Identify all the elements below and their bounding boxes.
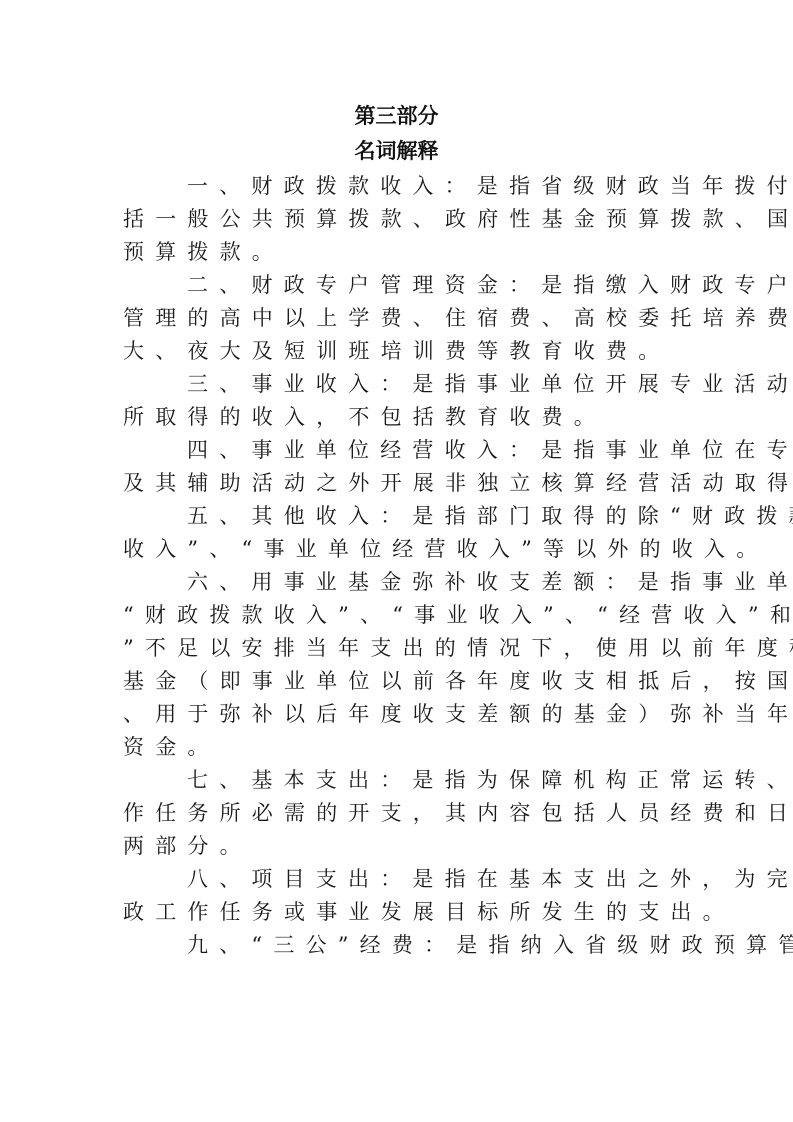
definition-paragraph-8: 八、项目支出：是指在基本支出之外，为完成特定的行 政工作任务或事业发展目标所发生… — [123, 863, 683, 929]
paragraph-line: 八、项目支出：是指在基本支出之外，为完成特定的行 — [123, 863, 683, 896]
paragraph-line: 资金。 — [123, 731, 683, 764]
paragraph-line: 及其辅助活动之外开展非独立核算经营活动取得的收入 — [123, 467, 683, 500]
paragraph-line: 四、事业单位经营收入：是指事业单位在专业业务活动 — [123, 434, 683, 467]
paragraph-line: 管理的高中以上学费、住宿费、高校委托培养费、函大、电 — [123, 302, 683, 335]
paragraph-line: 括一般公共预算拨款、政府性基金预算拨款、国有资本经营 — [123, 203, 683, 236]
paragraph-line: 九、“三公”经费：是指纳入省级财政预算管理，部门 — [123, 929, 683, 962]
section-title: 第三部分 — [0, 102, 793, 130]
paragraph-line: 一、财政拨款收入：是指省级财政当年拨付的资金；包 — [123, 170, 683, 203]
definition-paragraph-7: 七、基本支出：是指为保障机构正常运转、完成日常工 作任务所必需的开支，其内容包括… — [123, 764, 683, 863]
definition-paragraph-5: 五、其他收入：是指部门取得的除“财政拨款”、“事业 收入”、“事业单位经营收入”… — [123, 500, 683, 566]
paragraph-line: 二、财政专户管理资金：是指缴入财政专户、实行专项 — [123, 269, 683, 302]
definitions-body: 一、财政拨款收入：是指省级财政当年拨付的资金；包 括一般公共预算拨款、政府性基金… — [123, 170, 683, 962]
paragraph-line: 政工作任务或事业发展目标所发生的支出。 — [123, 896, 683, 929]
paragraph-line: 基金（即事业单位以前各年度收支相抵后，按国家规定提取 — [123, 665, 683, 698]
paragraph-line: 三、事业收入：是指事业单位开展专业活动及辅助活动 — [123, 368, 683, 401]
definition-paragraph-6: 六、用事业基金弥补收支差额：是指事业单位在当年的 “财政拨款收入”、“事业收入”… — [123, 566, 683, 764]
definition-paragraph-2: 二、财政专户管理资金：是指缴入财政专户、实行专项 管理的高中以上学费、住宿费、高… — [123, 269, 683, 368]
paragraph-line: 预算拨款。 — [123, 236, 683, 269]
paragraph-line: “财政拨款收入”、“事业收入”、“经营收入”和“其他收入 — [123, 599, 683, 632]
paragraph-line: 作任务所必需的开支，其内容包括人员经费和日常公用经费 — [123, 797, 683, 830]
document-page: 第三部分 名词解释 一、财政拨款收入：是指省级财政当年拨付的资金；包 括一般公共… — [0, 0, 793, 1122]
paragraph-line: 六、用事业基金弥补收支差额：是指事业单位在当年的 — [123, 566, 683, 599]
definition-paragraph-1: 一、财政拨款收入：是指省级财政当年拨付的资金；包 括一般公共预算拨款、政府性基金… — [123, 170, 683, 269]
definition-paragraph-3: 三、事业收入：是指事业单位开展专业活动及辅助活动 所取得的收入，不包括教育收费。 — [123, 368, 683, 434]
paragraph-line: 两部分。 — [123, 830, 683, 863]
subtitle: 名词解释 — [0, 137, 793, 165]
paragraph-line: 、用于弥补以后年度收支差额的基金）弥补当年收支缺口的 — [123, 698, 683, 731]
paragraph-line: 五、其他收入：是指部门取得的除“财政拨款”、“事业 — [123, 500, 683, 533]
paragraph-line: ”不足以安排当年支出的情况下，使用以前年度积累的事业 — [123, 632, 683, 665]
paragraph-line: 所取得的收入，不包括教育收费。 — [123, 401, 683, 434]
definition-paragraph-9: 九、“三公”经费：是指纳入省级财政预算管理，部门 — [123, 929, 683, 962]
paragraph-line: 七、基本支出：是指为保障机构正常运转、完成日常工 — [123, 764, 683, 797]
paragraph-line: 收入”、“事业单位经营收入”等以外的收入。 — [123, 533, 683, 566]
paragraph-line: 大、夜大及短训班培训费等教育收费。 — [123, 335, 683, 368]
definition-paragraph-4: 四、事业单位经营收入：是指事业单位在专业业务活动 及其辅助活动之外开展非独立核算… — [123, 434, 683, 500]
